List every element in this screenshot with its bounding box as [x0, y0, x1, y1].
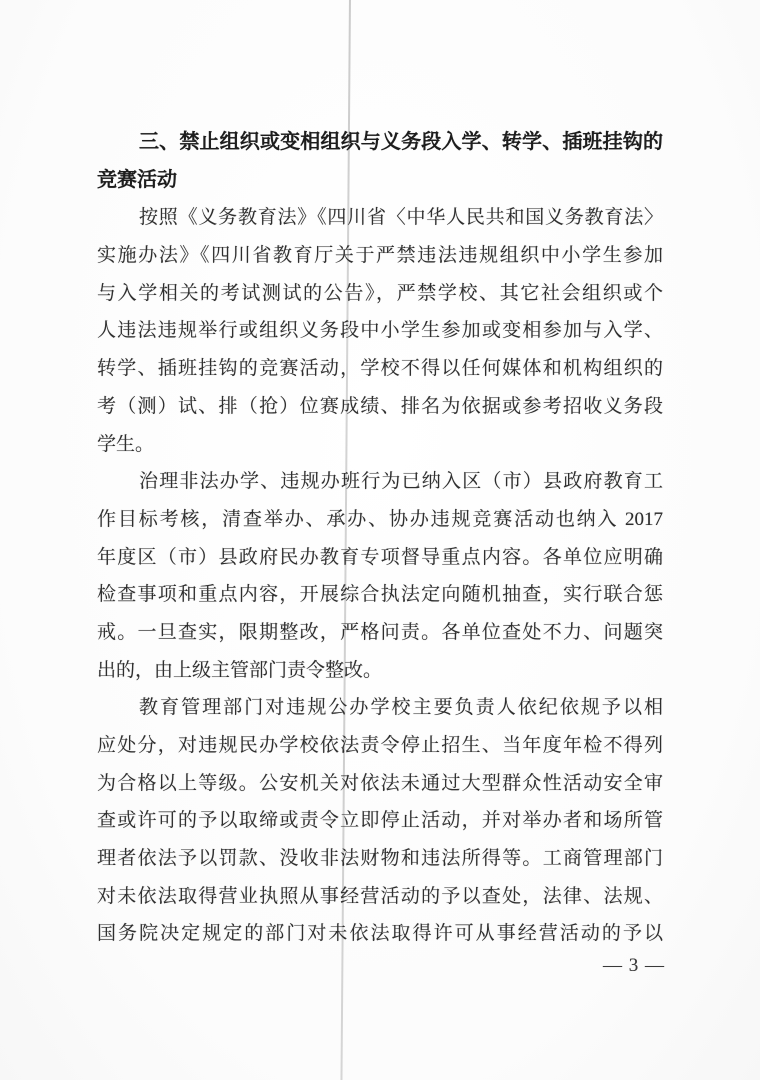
- text-line: 查或许可的予以取缔或责令立即停止活动，并对举办者和场所管: [97, 802, 663, 840]
- document-page: 三、禁止组织或变相组织与义务段入学、转学、插班挂钩的竞赛活动按照《义务教育法》《…: [0, 0, 760, 1080]
- text-line: 检查事项和重点内容，开展综合执法定向随机抽查，实行联合惩: [97, 576, 663, 614]
- text-line: 人违法违规举行或组织义务段中小学生参加或变相参加与入学、: [97, 312, 663, 350]
- paragraph: 治理非法办学、违规办班行为已纳入区（市）县政府教育工作目标考核，清查举办、承办、…: [97, 463, 663, 689]
- text-line: 考（测）试、排（抢）位赛成绩、排名为依据或参考招收义务段: [97, 388, 663, 426]
- text-line: 理者依法予以罚款、没收非法财物和违法所得等。工商管理部门: [97, 840, 663, 878]
- text-line: 实施办法》《四川省教育厅关于严禁违法违规组织中小学生参加: [97, 237, 663, 275]
- section-heading: 三、禁止组织或变相组织与义务段入学、转学、插班挂钩的竞赛活动: [97, 124, 663, 199]
- document-body: 三、禁止组织或变相组织与义务段入学、转学、插班挂钩的竞赛活动按照《义务教育法》《…: [97, 124, 663, 953]
- text-line: 与入学相关的考试测试的公告》，严禁学校、其它社会组织或个: [97, 275, 663, 313]
- paragraph: 教育管理部门对违规公办学校主要负责人依纪依规予以相应处分，对违规民办学校依法责令…: [97, 689, 663, 953]
- page-number: — 3 —: [603, 951, 665, 981]
- text-line: 对未依法取得营业执照从事经营活动的予以查处，法律、法规、: [97, 878, 663, 916]
- text-line: 学生。: [97, 426, 663, 464]
- text-line: 戒。一旦查实，限期整改，严格问责。各单位查处不力、问题突: [97, 614, 663, 652]
- text-line: 转学、插班挂钩的竞赛活动，学校不得以任何媒体和机构组织的: [97, 350, 663, 388]
- text-line: 国务院决定规定的部门对未依法取得许可从事经营活动的予以: [97, 915, 663, 953]
- text-line: 竞赛活动: [97, 162, 663, 200]
- text-line: 作目标考核，清查举办、承办、协办违规竞赛活动也纳入 2017: [97, 501, 663, 539]
- text-line: 教育管理部门对违规公办学校主要负责人依纪依规予以相: [97, 689, 663, 727]
- text-line: 按照《义务教育法》《四川省〈中华人民共和国义务教育法〉: [97, 199, 663, 237]
- text-line: 三、禁止组织或变相组织与义务段入学、转学、插班挂钩的: [97, 124, 663, 162]
- text-line: 治理非法办学、违规办班行为已纳入区（市）县政府教育工: [97, 463, 663, 501]
- text-line: 年度区（市）县政府民办教育专项督导重点内容。各单位应明确: [97, 539, 663, 577]
- text-line: 应处分，对违规民办学校依法责令停止招生、当年度年检不得列: [97, 727, 663, 765]
- text-line: 出的，由上级主管部门责令整改。: [97, 652, 663, 690]
- text-line: 为合格以上等级。公安机关对依法未通过大型群众性活动安全审: [97, 765, 663, 803]
- paragraph: 按照《义务教育法》《四川省〈中华人民共和国义务教育法〉实施办法》《四川省教育厅关…: [97, 199, 663, 463]
